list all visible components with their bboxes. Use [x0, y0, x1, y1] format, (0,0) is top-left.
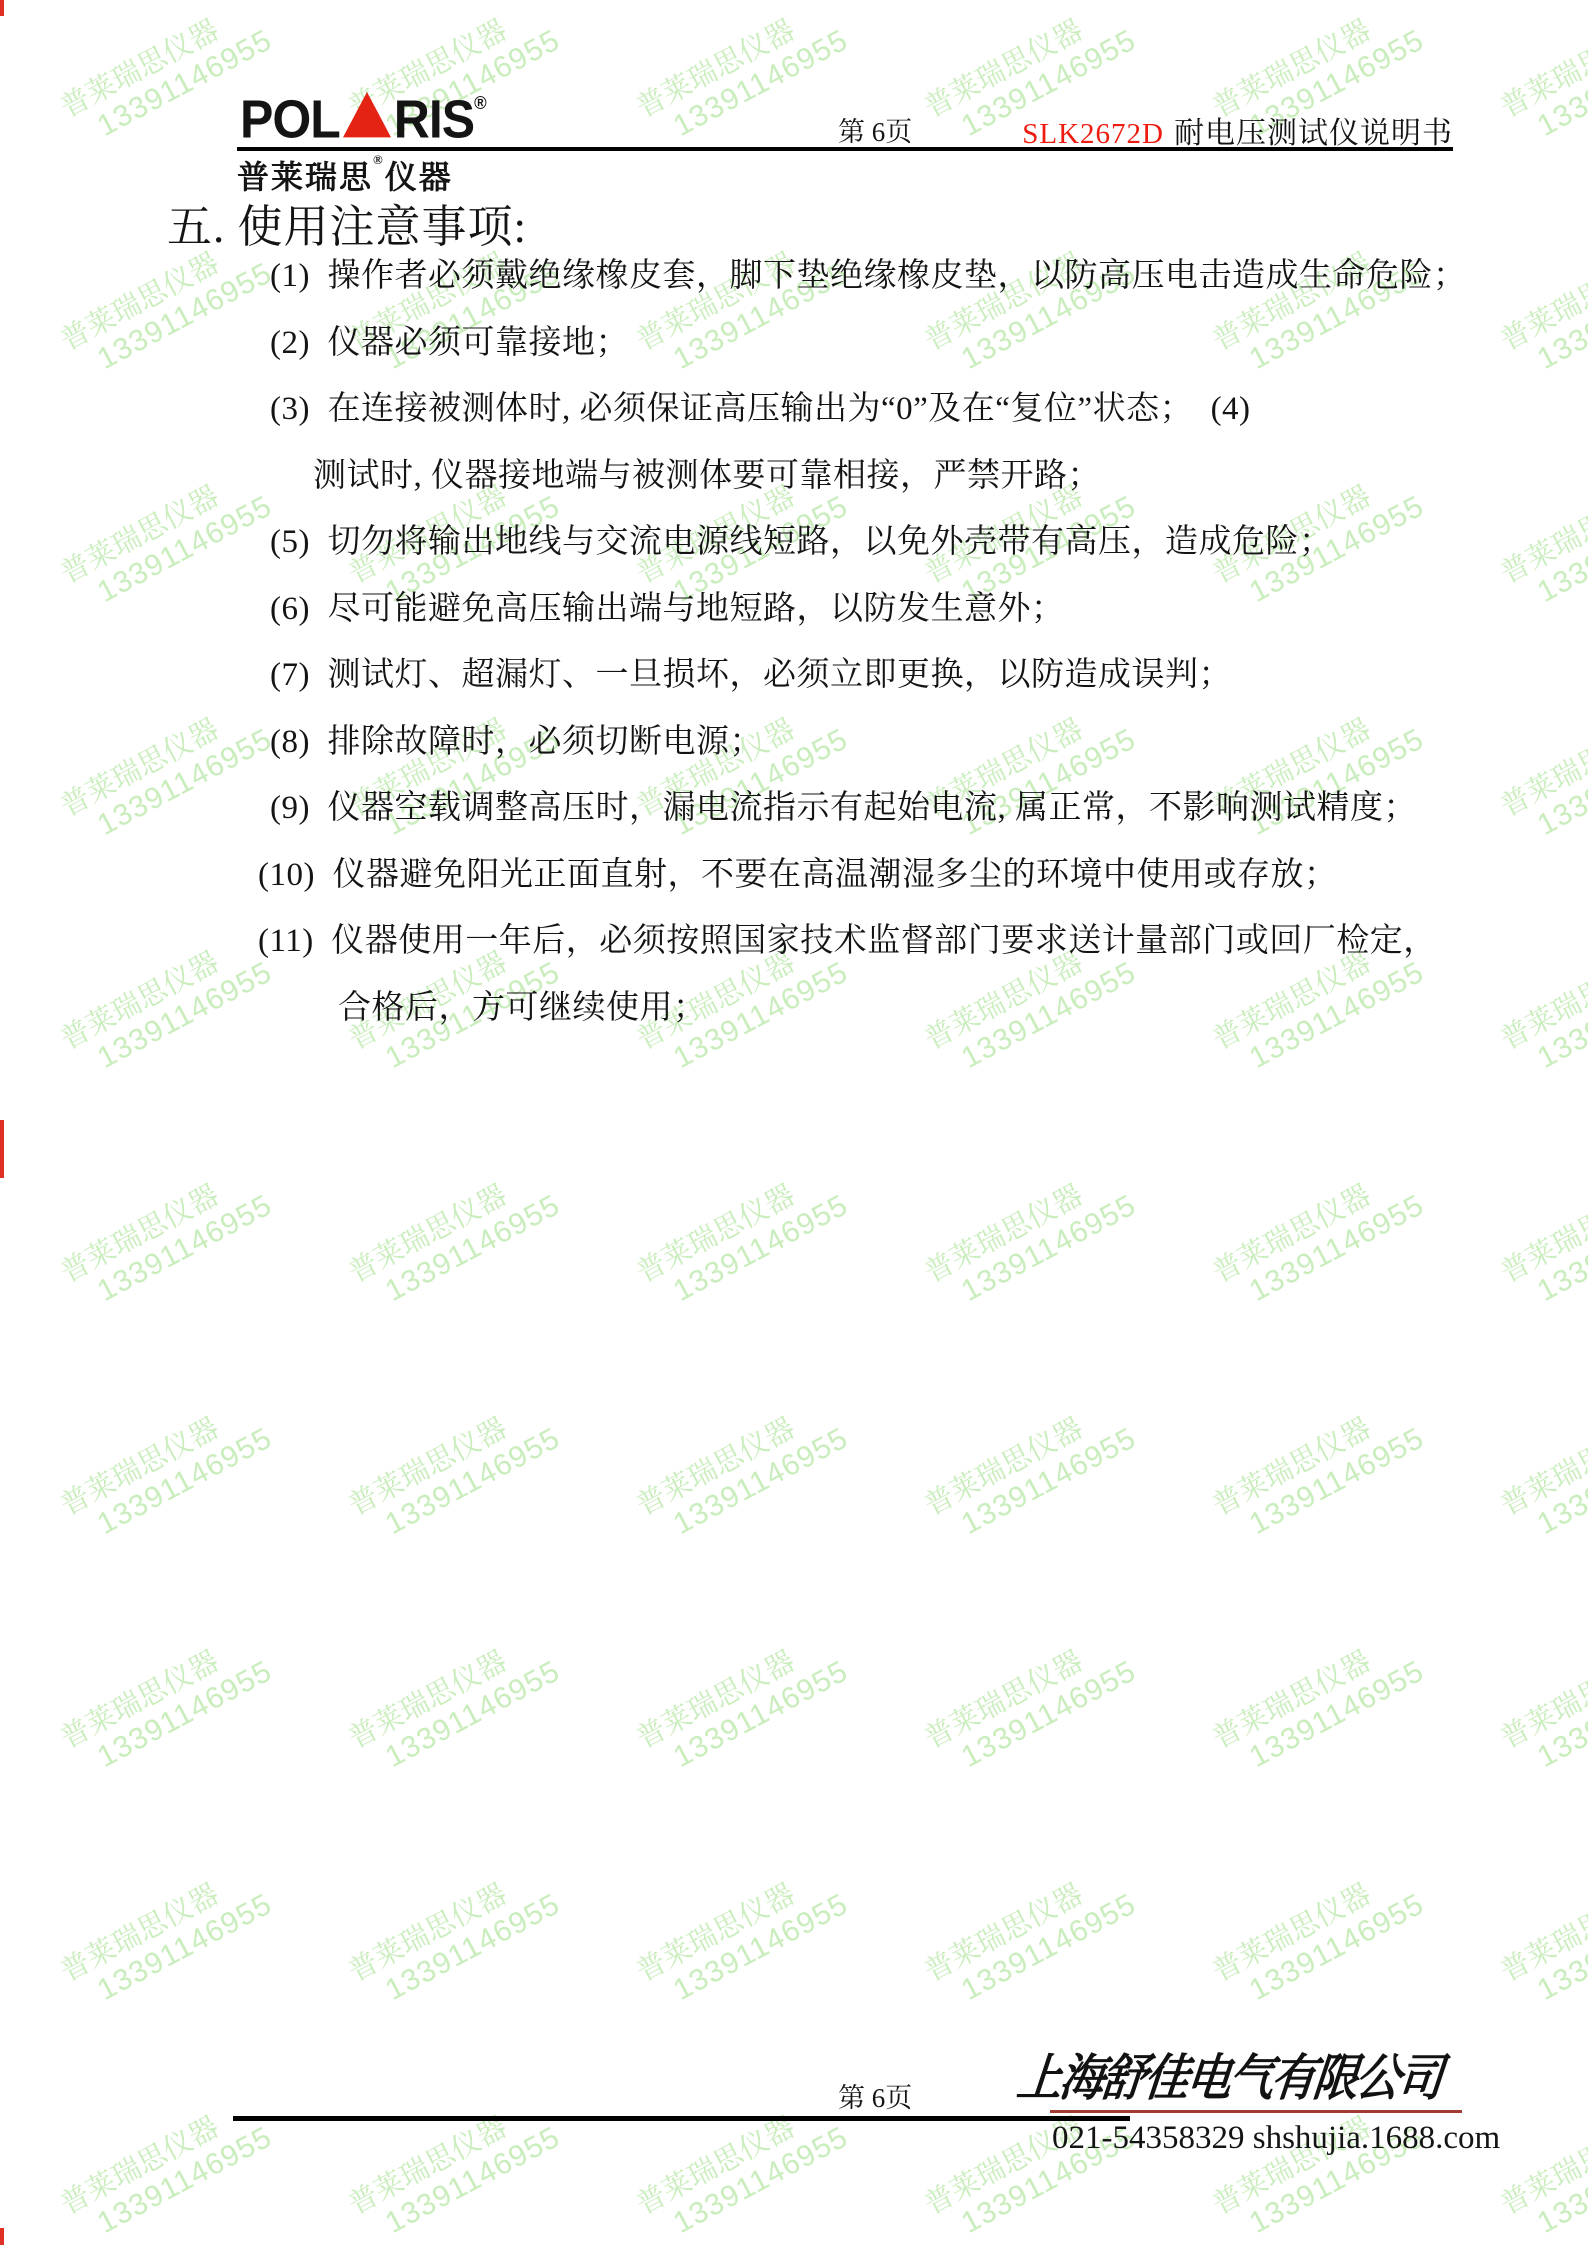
registered-mark-icon: ®	[474, 93, 487, 114]
list-item: 合格后，方可继续使用；	[338, 988, 707, 1028]
signature-underline	[1050, 2110, 1462, 2113]
list-item: (8) 排除故障时，必须切断电源；	[270, 722, 763, 762]
registered-mark-icon: ®	[373, 152, 385, 167]
list-item: (1) 操作者必须戴绝缘橡皮套，脚下垫绝缘橡皮垫，以防高压电击造成生命危险；	[270, 256, 1466, 296]
footer-page-number: 第 6页	[838, 2076, 912, 2115]
list-item: (10) 仪器避免阳光正面直射，不要在高温潮湿多尘的环境中使用或存放；	[258, 855, 1337, 895]
model-number: SLK2672D	[1022, 118, 1164, 150]
document-page: 普莱瑞思仪器13391146955普莱瑞思仪器13391146955普莱瑞思仪器…	[0, 0, 1588, 2245]
list-item: (6) 尽可能避免高压输出端与地短路，以防发生意外；	[270, 589, 1064, 629]
list-item: (7) 测试灯、超漏灯、一旦损坏，必须立即更换，以防造成误判；	[270, 655, 1232, 695]
header-page-number: 第 6页	[838, 110, 912, 149]
logo-text-pre: POL	[240, 89, 340, 149]
list-item: 测试时, 仪器接地端与被测体要可靠相接，严禁开路；	[313, 456, 1101, 496]
page-edge-mark	[0, 1120, 4, 1178]
list-item: (5) 切勿将输出地线与交流电源线短路，以免外壳带有高压，造成危险；	[270, 522, 1332, 562]
list-item: (9) 仪器空载调整高压时，漏电流指示有起始电流, 属正常，不影响测试精度；	[270, 788, 1417, 828]
footer-rule	[233, 2116, 1130, 2121]
header-doc-title: SLK2672D耐电压测试仪说明书	[1022, 108, 1453, 152]
contact-info: 021-54358329 shshujia.1688.com	[1052, 2120, 1500, 2157]
polaris-triangle-icon	[343, 92, 391, 137]
doc-title-text: 耐电压测试仪说明书	[1174, 117, 1453, 150]
list-item: (2) 仪器必须可靠接地；	[270, 323, 629, 363]
page-edge-mark	[0, 2228, 4, 2245]
logo-text-post: RIS	[394, 89, 474, 149]
list-item: (11) 仪器使用一年后，必须按照国家技术监督部门要求送计量部门或回厂检定，	[258, 921, 1437, 961]
list-item: (3) 在连接被测体时, 必须保证高压输出为“0”及在“复位”状态； (4)	[270, 389, 1251, 429]
content-layer: POLRIS® 普莱瑞思®仪器 第 6页 SLK2672D耐电压测试仪说明书 五…	[0, 0, 1588, 2245]
page-edge-mark	[0, 0, 4, 16]
section-title: 五. 使用注意事项:	[167, 190, 527, 255]
company-signature: 上海舒佳电气有限公司	[1014, 2038, 1436, 2110]
